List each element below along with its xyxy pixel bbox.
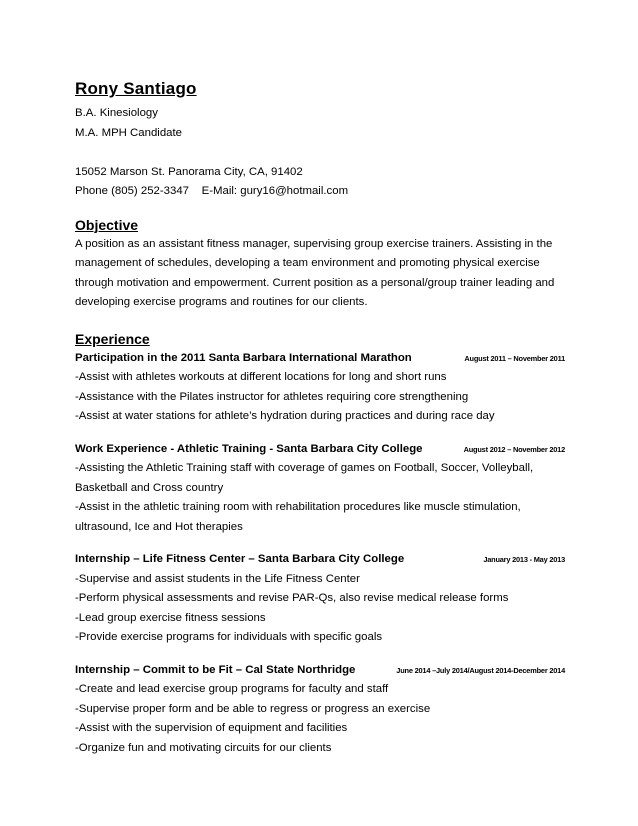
experience-entry-header: Work Experience - Athletic Training - Sa…	[75, 440, 565, 460]
job-bullet: -Perform physical assessments and revise…	[75, 589, 570, 609]
experience-entry: Internship – Commit to be Fit – Cal Stat…	[75, 661, 575, 759]
job-bullet: -Supervise proper form and be able to re…	[75, 700, 570, 720]
job-bullet: -Assist in the athletic training room wi…	[75, 498, 570, 537]
experience-entry-header: Participation in the 2011 Santa Barbara …	[75, 349, 565, 369]
candidate-name: Rony Santiago	[75, 78, 575, 100]
contact-info: Phone (805) 252-3347 E-Mail: gury16@hotm…	[75, 182, 575, 202]
job-title: Participation in the 2011 Santa Barbara …	[75, 349, 412, 369]
job-bullet: -Supervise and assist students in the Li…	[75, 570, 570, 590]
job-dates: August 2011 – November 2011	[464, 349, 565, 369]
job-title: Work Experience - Athletic Training - Sa…	[75, 440, 423, 460]
job-bullet: -Organize fun and motivating circuits fo…	[75, 739, 570, 759]
job-bullet: -Lead group exercise fitness sessions	[75, 609, 570, 629]
address: 15052 Marson St. Panorama City, CA, 9140…	[75, 163, 575, 183]
experience-list: Participation in the 2011 Santa Barbara …	[75, 349, 575, 759]
degree-ba: B.A. Kinesiology	[75, 104, 575, 124]
job-title: Internship – Commit to be Fit – Cal Stat…	[75, 661, 355, 681]
job-bullet: -Create and lead exercise group programs…	[75, 680, 570, 700]
objective-heading: Objective	[75, 216, 575, 235]
experience-entry: Participation in the 2011 Santa Barbara …	[75, 349, 575, 427]
job-bullet: -Assist with the supervision of equipmen…	[75, 719, 570, 739]
job-dates: June 2014 –July 2014/August 2014-Decembe…	[396, 661, 565, 681]
experience-heading: Experience	[75, 330, 575, 349]
job-bullet: -Assist at water stations for athlete’s …	[75, 407, 570, 427]
experience-entry-header: Internship – Life Fitness Center – Santa…	[75, 550, 565, 570]
job-dates: August 2012 – November 2012	[464, 440, 565, 460]
job-title: Internship – Life Fitness Center – Santa…	[75, 550, 404, 570]
job-bullet: -Provide exercise programs for individua…	[75, 628, 570, 648]
experience-entry-header: Internship – Commit to be Fit – Cal Stat…	[75, 661, 565, 681]
job-bullet: -Assist with athletes workouts at differ…	[75, 368, 570, 388]
resume-page: Rony Santiago B.A. Kinesiology M.A. MPH …	[75, 78, 575, 758]
job-bullet: -Assistance with the Pilates instructor …	[75, 388, 570, 408]
job-dates: January 2013 - May 2013	[483, 550, 565, 570]
experience-entry: Internship – Life Fitness Center – Santa…	[75, 550, 575, 648]
experience-entry: Work Experience - Athletic Training - Sa…	[75, 440, 575, 538]
degree-ma: M.A. MPH Candidate	[75, 124, 575, 144]
job-bullet: -Assisting the Athletic Training staff w…	[75, 459, 570, 498]
objective-text: A position as an assistant fitness manag…	[75, 235, 570, 313]
